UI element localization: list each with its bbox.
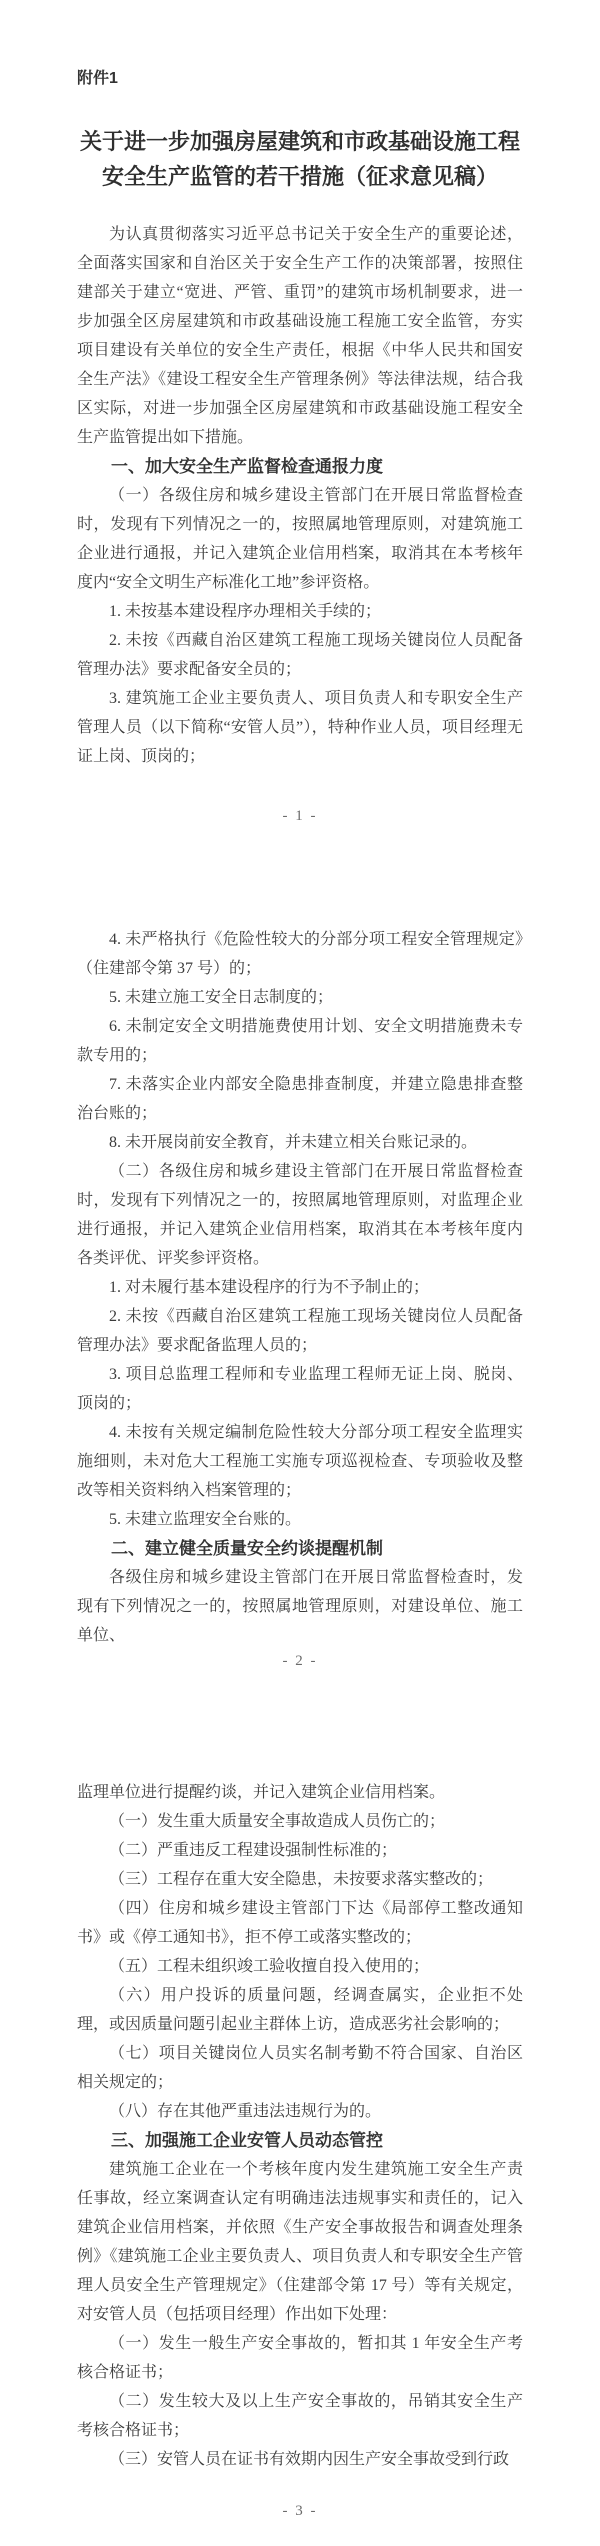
paragraph: （二）严重违反工程建设强制性标准的； <box>77 1836 523 1865</box>
paragraph: 1. 未按基本建设程序办理相关手续的； <box>77 597 523 626</box>
paragraph: 8. 未开展岗前安全教育，并未建立相关台账记录的。 <box>77 1128 523 1157</box>
paragraph: （六）用户投诉的质量问题，经调查属实，企业拒不处理，或因质量问题引起业主群体上访… <box>77 1981 523 2039</box>
paragraph: 5. 未建立施工安全日志制度的； <box>77 983 523 1012</box>
paragraph: 6. 未制定安全文明措施费使用计划、安全文明措施费未专款专用的； <box>77 1012 523 1070</box>
page-1: 附件1 关于进一步加强房屋建筑和市政基础设施工程安全生产监管的若干措施（征求意见… <box>0 0 600 870</box>
paragraph: 为认真贯彻落实习近平总书记关于安全生产的重要论述，全面落实国家和自治区关于安全生… <box>77 220 523 452</box>
document: 附件1 关于进一步加强房屋建筑和市政基础设施工程安全生产监管的若干措施（征求意见… <box>0 0 600 2546</box>
paragraph: 3. 建筑施工企业主要负责人、项目负责人和专职安全生产管理人员（以下简称“安管人… <box>77 684 523 771</box>
paragraph: 4. 未严格执行《危险性较大的分部分项工程安全管理规定》（住建部令第 37 号）… <box>77 925 523 983</box>
paragraph: （四）住房和城乡建设主管部门下达《局部停工整改通知书》或《停工通知书》，拒不停工… <box>77 1894 523 1952</box>
document-title-line2: 安全生产监管的若干措施（征求意见稿） <box>102 164 498 189</box>
paragraph: （二）各级住房和城乡建设主管部门在开展日常监督检查时，发现有下列情况之一的，按照… <box>77 1157 523 1273</box>
page-number: - 3 - <box>0 2503 600 2520</box>
paragraph: 2. 未按《西藏自治区建筑工程施工现场关键岗位人员配备管理办法》要求配备监理人员… <box>77 1302 523 1360</box>
paragraph: 5. 未建立监理安全台账的。 <box>77 1505 523 1534</box>
document-title-line1: 关于进一步加强房屋建筑和市政基础设施工程 <box>80 129 520 154</box>
paragraph: （一）各级住房和城乡建设主管部门在开展日常监督检查时，发现有下列情况之一的，按照… <box>77 481 523 597</box>
paragraph: （一）发生重大质量安全事故造成人员伤亡的； <box>77 1807 523 1836</box>
paragraph: （五）工程未组织竣工验收擅自投入使用的； <box>77 1952 523 1981</box>
section-heading: 二、建立健全质量安全约谈提醒机制 <box>77 1534 523 1563</box>
paragraph: （三）安管人员在证书有效期内因生产安全事故受到行政 <box>77 2445 523 2474</box>
paragraph: 3. 项目总监理工程师和专业监理工程师无证上岗、脱岗、顶岗的； <box>77 1360 523 1418</box>
document-title: 关于进一步加强房屋建筑和市政基础设施工程安全生产监管的若干措施（征求意见稿） <box>77 124 523 194</box>
section-heading: 一、加大安全生产监督检查通报力度 <box>77 452 523 481</box>
paragraph: 各级住房和城乡建设主管部门在开展日常监督检查时，发现有下列情况之一的，按照属地管… <box>77 1563 523 1650</box>
paragraph: （一）发生一般生产安全事故的，暂扣其 1 年安全生产考核合格证书； <box>77 2329 523 2387</box>
page-number: - 1 - <box>0 808 600 825</box>
paragraph: 4. 未按有关规定编制危险性较大分部分项工程安全监理实施细则，未对危大工程施工实… <box>77 1418 523 1505</box>
attachment-label: 附件1 <box>77 68 523 90</box>
paragraph: 建筑施工企业在一个考核年度内发生建筑施工安全生产责任事故，经立案调查认定有明确违… <box>77 2155 523 2329</box>
page-number: - 2 - <box>0 1653 600 1670</box>
paragraph: 2. 未按《西藏自治区建筑工程施工现场关键岗位人员配备管理办法》要求配备安全员的… <box>77 626 523 684</box>
paragraph: 7. 未落实企业内部安全隐患排查制度，并建立隐患排查整治台账的； <box>77 1070 523 1128</box>
paragraph: （三）工程存在重大安全隐患，未按要求落实整改的； <box>77 1865 523 1894</box>
paragraph: 1. 对未履行基本建设程序的行为不予制止的； <box>77 1273 523 1302</box>
section-heading: 三、加强施工企业安管人员动态管控 <box>77 2126 523 2155</box>
paragraph: （七）项目关键岗位人员实名制考勤不符合国家、自治区相关规定的； <box>77 2039 523 2097</box>
paragraph: 监理单位进行提醒约谈，并记入建筑企业信用档案。 <box>77 1778 523 1807</box>
paragraph: （八）存在其他严重违法违规行为的。 <box>77 2097 523 2126</box>
page-2: 4. 未严格执行《危险性较大的分部分项工程安全管理规定》（住建部令第 37 号）… <box>0 870 600 1715</box>
page-3: 监理单位进行提醒约谈，并记入建筑企业信用档案。 （一）发生重大质量安全事故造成人… <box>0 1715 600 2546</box>
paragraph: （二）发生较大及以上生产安全事故的，吊销其安全生产考核合格证书； <box>77 2387 523 2445</box>
